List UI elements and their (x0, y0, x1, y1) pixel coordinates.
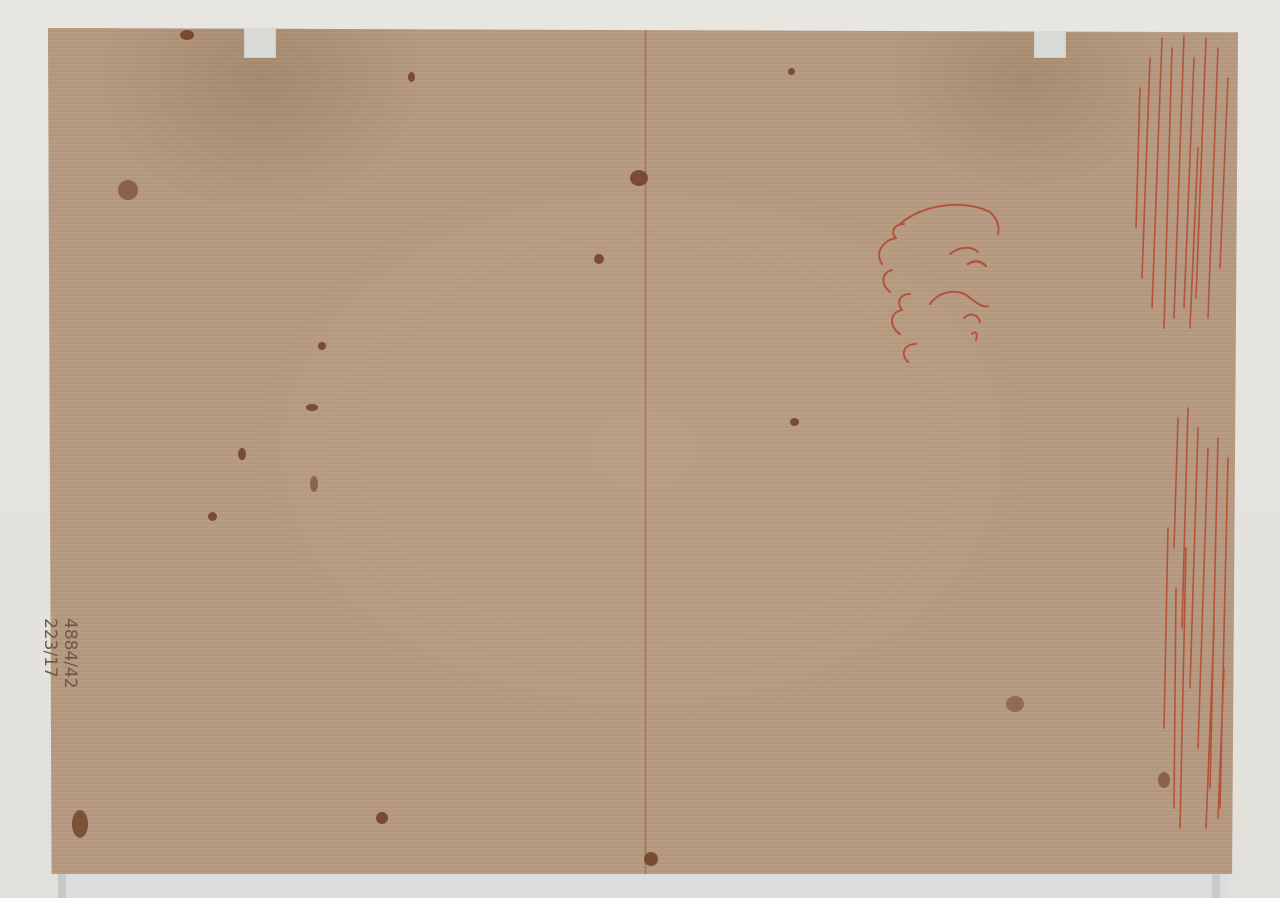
red-chalk-hatching (1128, 28, 1238, 874)
stain (118, 180, 138, 200)
paper-hinge-right (1034, 28, 1066, 58)
center-fold (644, 28, 647, 874)
stain (238, 448, 246, 460)
stain (1006, 696, 1024, 712)
inscription-line-1: 4884/42 (60, 618, 80, 689)
stain (644, 852, 658, 866)
mount-tab-right (1212, 872, 1220, 898)
stain (208, 512, 217, 521)
stain (72, 810, 88, 838)
stain (790, 418, 799, 426)
stain (594, 254, 604, 264)
stain (306, 404, 318, 411)
paper-sheet (48, 28, 1238, 874)
red-chalk-head-sketch (860, 194, 1010, 374)
stain (630, 170, 648, 186)
stain (788, 68, 795, 75)
mount-tab-left (58, 872, 66, 898)
paper-hinge-left (244, 28, 276, 58)
stain (376, 812, 388, 824)
mount-strip (58, 872, 1228, 898)
stain (408, 72, 415, 82)
stain (318, 342, 326, 350)
stain (180, 30, 194, 40)
inventory-inscription: 4884/42 223/17 (40, 618, 80, 689)
inscription-line-2: 223/17 (40, 618, 60, 689)
stain (310, 476, 318, 492)
